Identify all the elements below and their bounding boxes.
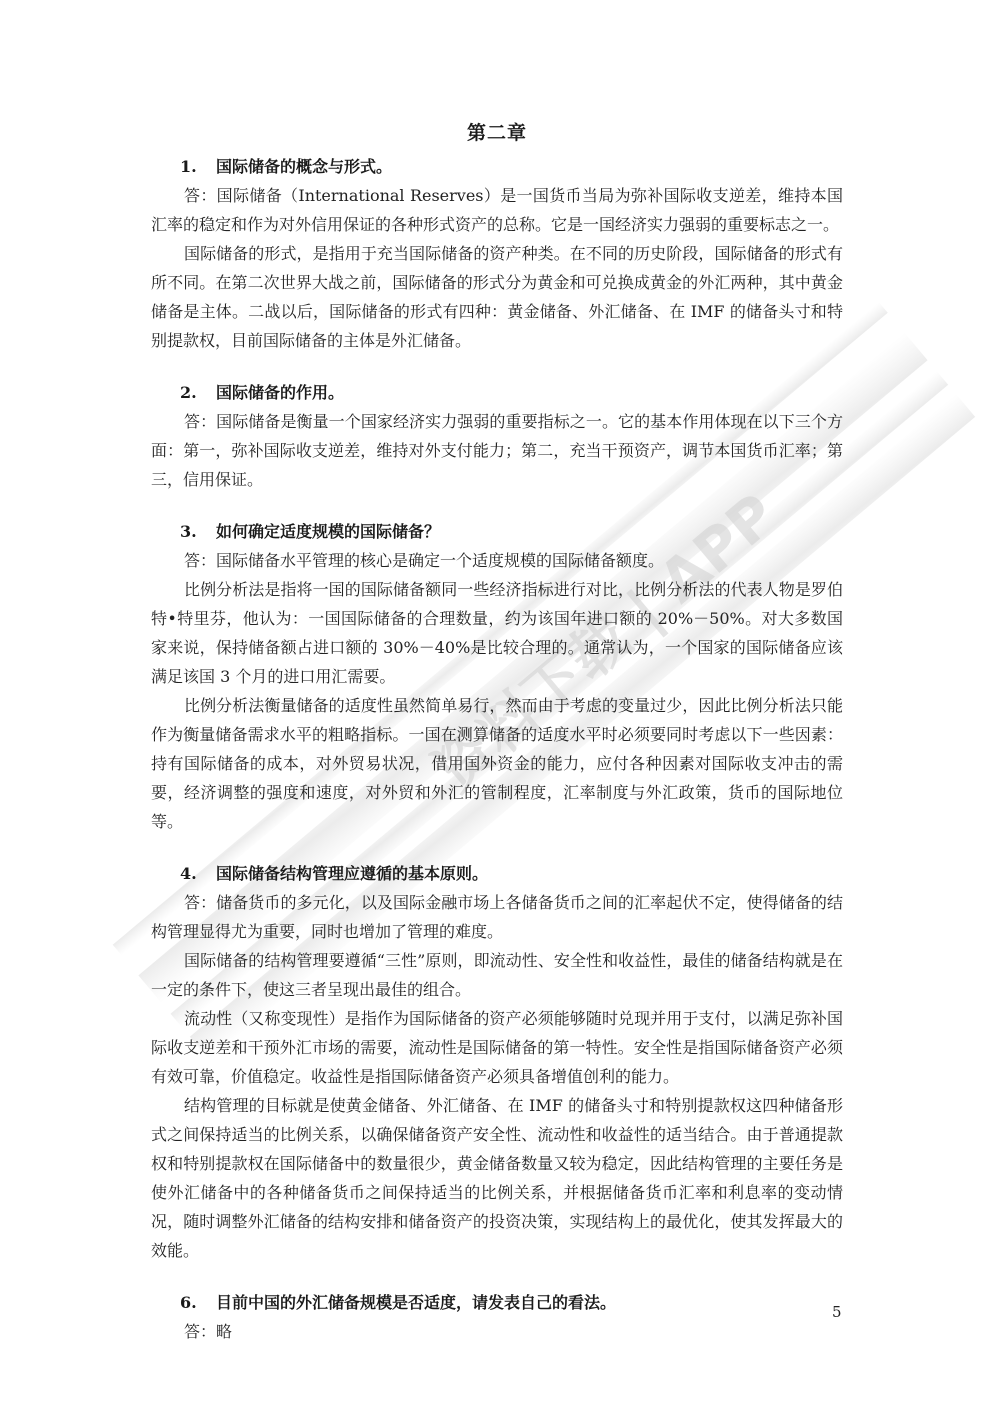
question-text: 国际储备的概念与形式。 (216, 157, 392, 176)
section-6: 6.目前中国的外汇储备规模是否适度，请发表自己的看法。 答：略 (151, 1288, 843, 1346)
section-2: 2.国际储备的作用。 答：国际储备是衡量一个国家经济实力强弱的重要指标之一。它的… (151, 378, 843, 494)
document-page: 第二章 1.国际储备的概念与形式。 答：国际储备（International R… (151, 118, 843, 1369)
body-paragraph: 国际储备的结构管理要遵循“三性”原则，即流动性、安全性和收益性，最佳的储备结构就… (151, 946, 843, 1004)
question-heading: 2.国际储备的作用。 (151, 378, 843, 407)
answer-paragraph: 答：国际储备水平管理的核心是确定一个适度规模的国际储备额度。 (151, 546, 843, 575)
answer-paragraph: 答：国际储备（International Reserves）是一国货币当局为弥补… (151, 181, 843, 239)
question-number: 6. (180, 1288, 216, 1317)
section-4: 4.国际储备结构管理应遵循的基本原则。 答：储备货币的多元化，以及国际金融市场上… (151, 859, 843, 1265)
page-number: 5 (832, 1303, 842, 1321)
question-heading: 6.目前中国的外汇储备规模是否适度，请发表自己的看法。 (151, 1288, 843, 1317)
question-number: 2. (180, 378, 216, 407)
question-text: 国际储备结构管理应遵循的基本原则。 (216, 864, 488, 883)
question-heading: 3.如何确定适度规模的国际储备？ (151, 517, 843, 546)
question-heading: 1.国际储备的概念与形式。 (151, 152, 843, 181)
chapter-title: 第二章 (151, 118, 843, 148)
body-paragraph: 比例分析法是指将一国的国际储备额同一些经济指标进行对比，比例分析法的代表人物是罗… (151, 575, 843, 691)
body-paragraph: 比例分析法衡量储备的适度性虽然简单易行，然而由于考虑的变量过少，因此比例分析法只… (151, 691, 843, 836)
question-heading: 4.国际储备结构管理应遵循的基本原则。 (151, 859, 843, 888)
answer-paragraph: 答：略 (151, 1317, 843, 1346)
question-number: 4. (180, 859, 216, 888)
section-1: 1.国际储备的概念与形式。 答：国际储备（International Reser… (151, 152, 843, 355)
question-text: 如何确定适度规模的国际储备？ (216, 522, 440, 541)
section-3: 3.如何确定适度规模的国际储备？ 答：国际储备水平管理的核心是确定一个适度规模的… (151, 517, 843, 836)
body-paragraph: 结构管理的目标就是使黄金储备、外汇储备、在 IMF 的储备头寸和特别提款权这四种… (151, 1091, 843, 1265)
answer-paragraph: 答：储备货币的多元化，以及国际金融市场上各储备货币之间的汇率起伏不定，使得储备的… (151, 888, 843, 946)
question-number: 3. (180, 517, 216, 546)
answer-paragraph: 答：国际储备是衡量一个国家经济实力强弱的重要指标之一。它的基本作用体现在以下三个… (151, 407, 843, 494)
question-number: 1. (180, 152, 216, 181)
question-text: 国际储备的作用。 (216, 383, 344, 402)
body-paragraph: 国际储备的形式，是指用于充当国际储备的资产种类。在不同的历史阶段，国际储备的形式… (151, 239, 843, 355)
body-paragraph: 流动性（又称变现性）是指作为国际储备的资产必须能够随时兑现并用于支付，以满足弥补… (151, 1004, 843, 1091)
question-text: 目前中国的外汇储备规模是否适度，请发表自己的看法。 (216, 1293, 616, 1312)
